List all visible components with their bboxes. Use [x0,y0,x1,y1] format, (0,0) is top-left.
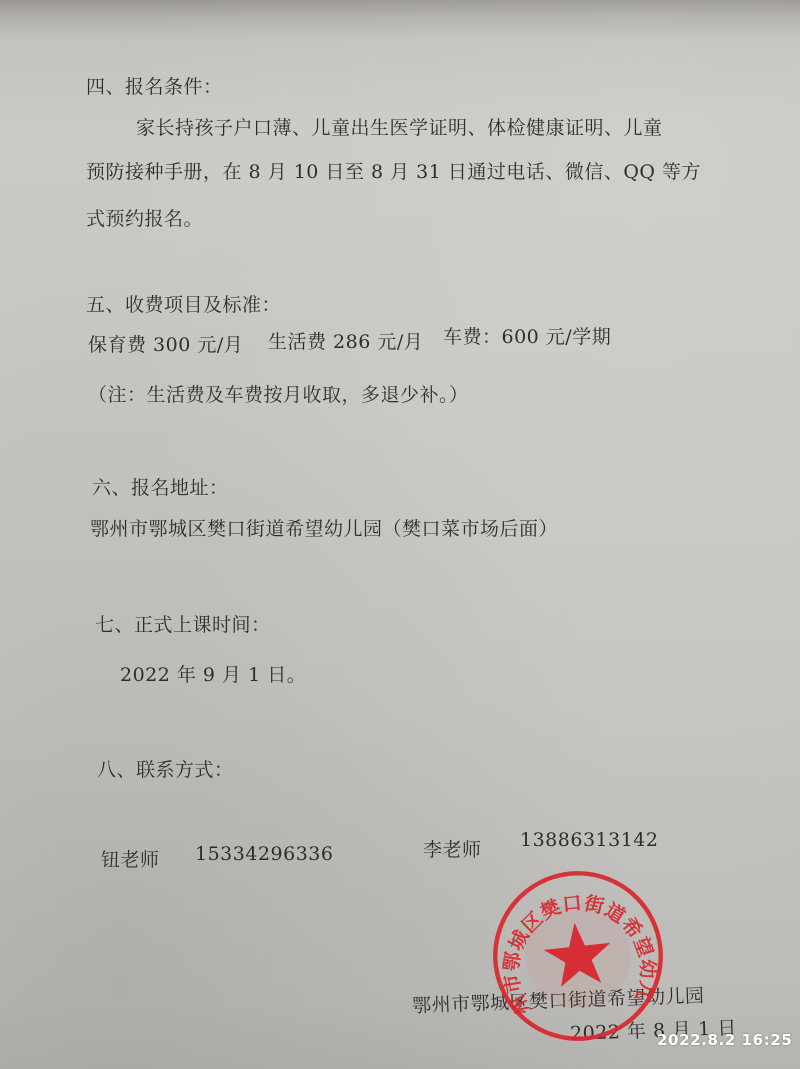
fee-living: 生活费 286 元/月 [268,327,423,354]
contact-phone-li: 13886313142 [520,829,658,851]
contact-name-li: 李老师 [423,835,482,862]
section-heading-contact: 八、联系方式： [97,755,234,782]
fee-bus: 车费：600 元/学期 [443,322,611,349]
section-heading-enrollment-conditions: 四、报名条件： [86,72,223,99]
contact-name-niu: 钮老师 [101,845,160,872]
section-heading-fees: 五、收费项目及标准： [86,290,281,317]
section-heading-start-date: 七、正式上课时间： [95,610,271,637]
seal-graphic: 鄂州市鄂城区樊口街道希望幼儿园 [481,859,674,1052]
photo-timestamp: 2022.8.2 16:25 [657,1031,792,1049]
fees-note: （注：生活费及车费按月收取，多退少补。） [88,380,469,407]
enrollment-conditions-line-2: 预防接种手册，在 8 月 10 日至 8 月 31 日通过电话、微信、QQ 等方 [86,157,701,184]
section-heading-address: 六、报名地址： [92,473,229,500]
enrollment-address: 鄂州市鄂城区樊口街道希望幼儿园（樊口菜市场后面） [90,514,558,541]
official-seal: 鄂州市鄂城区樊口街道希望幼儿园 [481,859,674,1052]
enrollment-conditions-line-1: 家长持孩子户口薄、儿童出生医学证明、体检健康证明、儿童 [136,113,663,140]
contact-phone-niu: 15334296336 [195,843,333,865]
start-date: 2022 年 9 月 1 日。 [120,660,306,687]
fee-childcare: 保育费 300 元/月 [88,330,243,357]
enrollment-conditions-line-3: 式预约报名。 [86,204,203,231]
